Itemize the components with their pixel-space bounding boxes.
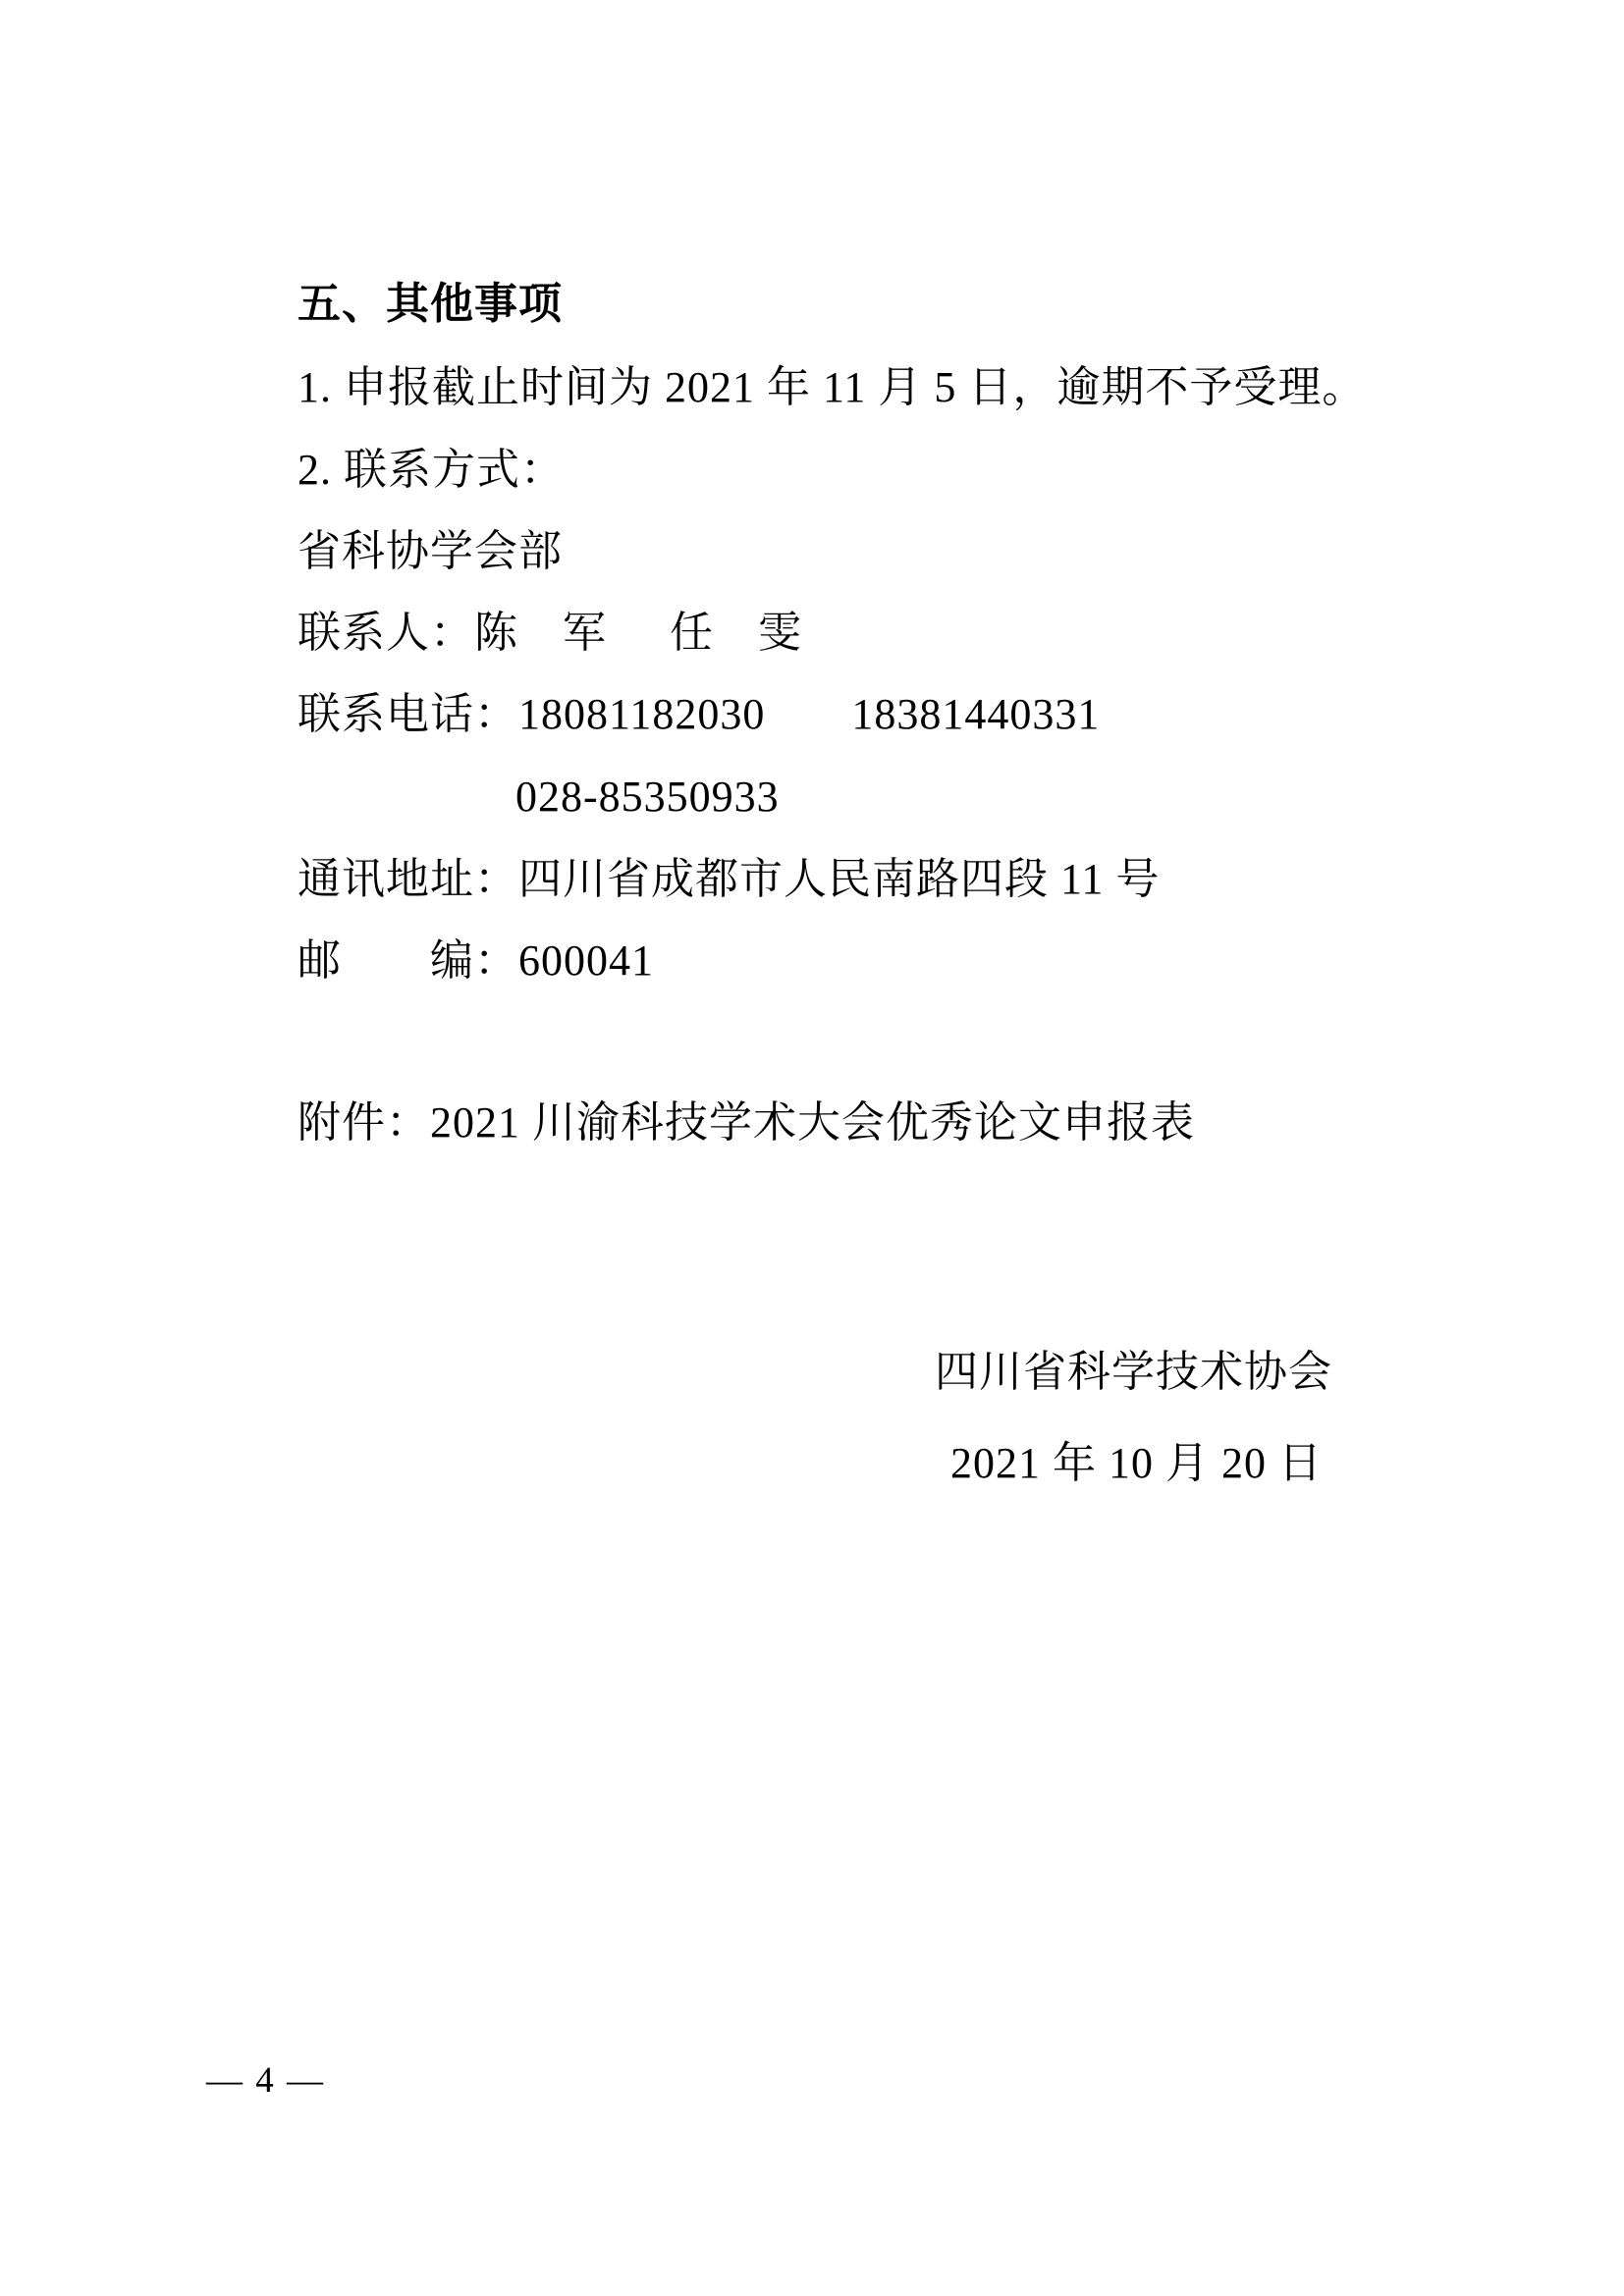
- section-heading: 五、其他事项: [298, 281, 563, 328]
- list-item-deadline: 1. 申报截止时间为 2021 年 11 月 5 日，逾期不予受理。: [298, 364, 1366, 411]
- contact-phone-number-1: 18081182030: [518, 690, 765, 738]
- signature-organization: 四川省科学技术协会: [935, 1349, 1332, 1396]
- contact-phone-label: 联系电话：: [298, 690, 518, 738]
- contact-phone-number-2: 18381440331: [851, 690, 1100, 738]
- attachment-line: 附件：2021 川渝科技学术大会优秀论文申报表: [298, 1099, 1195, 1147]
- contact-postcode-value: 600041: [518, 936, 654, 985]
- contact-person-line: 联系人：陈 军任 雯: [298, 610, 802, 657]
- contact-phone-line: 联系电话：1808118203018381440331: [298, 691, 1100, 738]
- document-page: 五、其他事项 1. 申报截止时间为 2021 年 11 月 5 日，逾期不予受理…: [0, 0, 1624, 2296]
- contact-department: 省科协学会部: [298, 528, 563, 575]
- signature-date: 2021 年 10 月 20 日: [950, 1440, 1323, 1487]
- contact-address-label: 通讯地址：: [298, 855, 518, 903]
- contact-address-line: 通讯地址：四川省成都市人民南路四段 11 号: [298, 856, 1160, 903]
- contact-person-name-2: 任 雯: [670, 609, 802, 657]
- contact-postcode-line: 邮 编：600041: [298, 937, 654, 985]
- contact-person-label: 联系人：: [298, 609, 474, 657]
- contact-address-value: 四川省成都市人民南路四段 11 号: [518, 855, 1160, 903]
- list-item-contact-methods: 2. 联系方式：: [298, 447, 565, 494]
- contact-phone-number-3: 028-85350933: [515, 774, 780, 821]
- contact-person-name-1: 陈 军: [474, 609, 607, 657]
- contact-postcode-label: 邮 编：: [298, 936, 518, 985]
- page-number: — 4 —: [206, 2061, 325, 2102]
